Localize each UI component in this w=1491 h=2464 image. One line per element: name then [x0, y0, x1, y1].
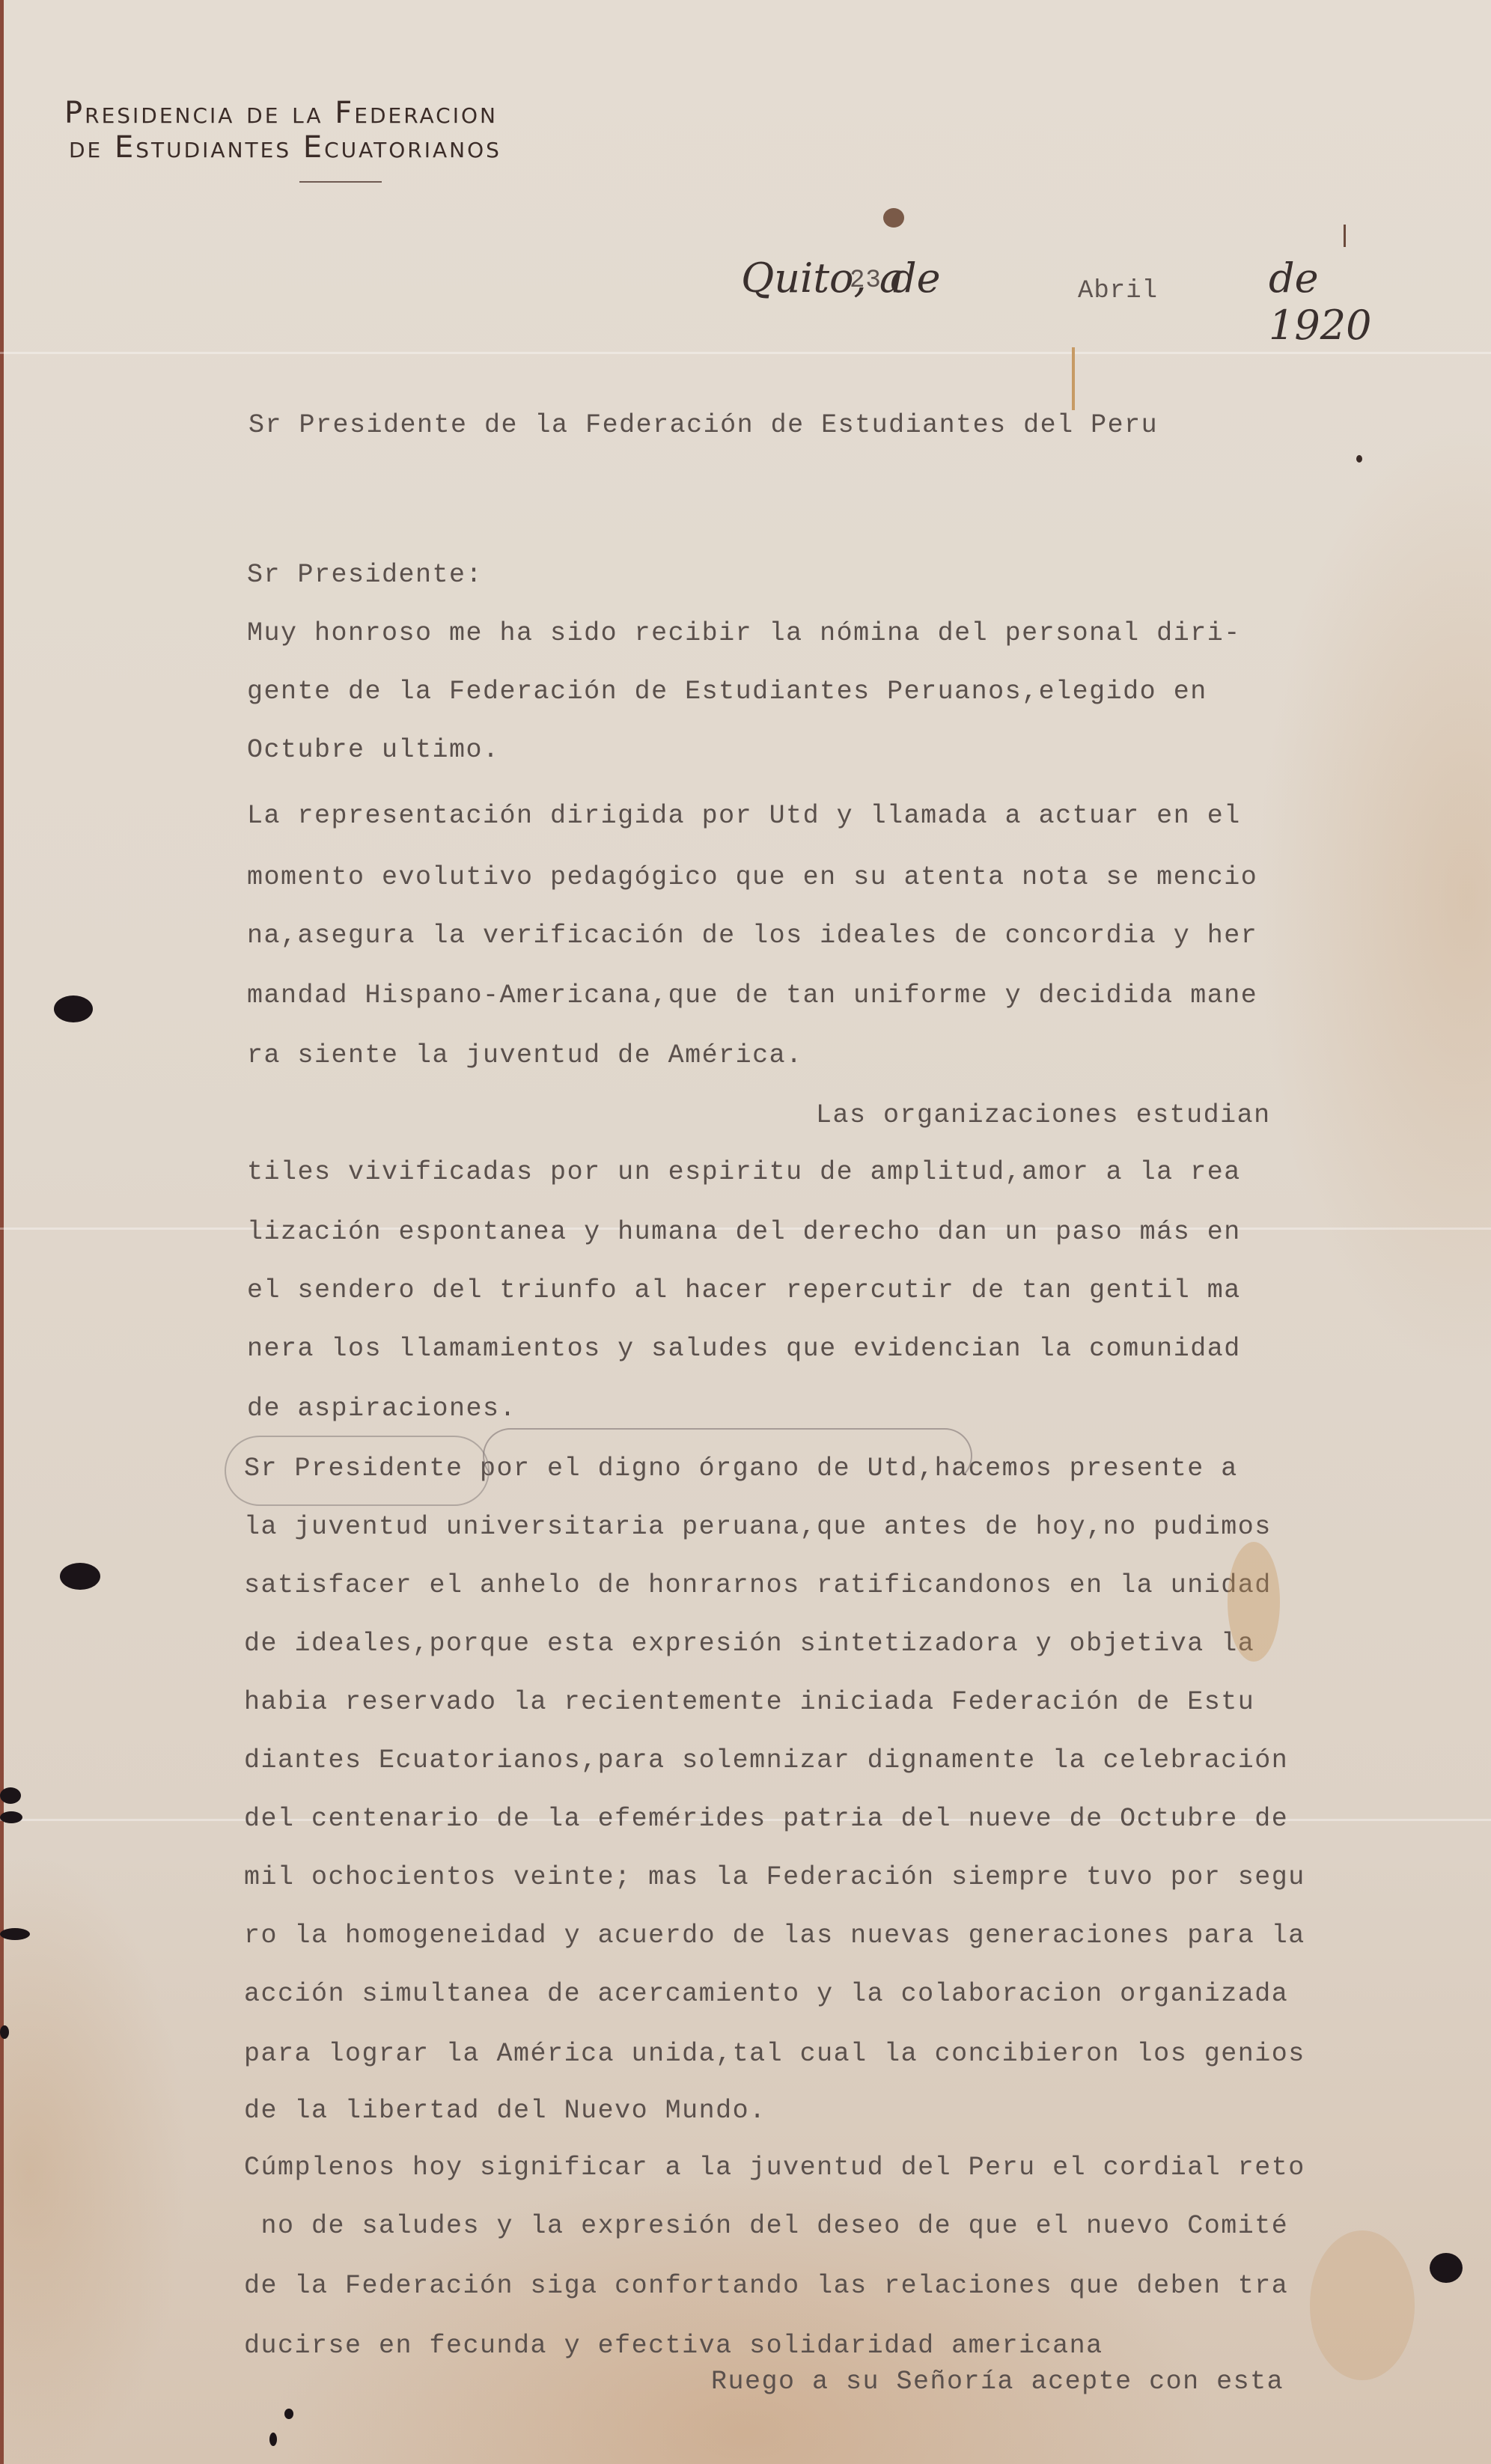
- body-line: momento evolutivo pedagógico que en su a…: [247, 862, 1257, 892]
- body-line: ro la homogeneidad y acuerdo de las nuev…: [244, 1921, 1305, 1951]
- body-line: nera los llamamientos y saludes que evid…: [247, 1334, 1241, 1364]
- dateline: Quito, a 23 de Abril de 1920: [741, 254, 1415, 314]
- body-line: gente de la Federación de Estudiantes Pe…: [247, 677, 1207, 707]
- body-line: del centenario de la efemérides patria d…: [244, 1804, 1288, 1834]
- body-line: Octubre ultimo.: [247, 735, 500, 765]
- addressee: Sr Presidente de la Federación de Estudi…: [248, 410, 1158, 440]
- edge-damage: [0, 1787, 21, 1804]
- body-line: lización espontanea y humana del derecho…: [247, 1217, 1241, 1247]
- edge-damage: [284, 2409, 293, 2419]
- edge-damage: [0, 1811, 22, 1823]
- body-line: diantes Ecuatorianos,para solemnizar dig…: [244, 1745, 1288, 1775]
- body-line: mil ochocientos veinte; mas la Federació…: [244, 1862, 1305, 1892]
- body-line: na,asegura la verificación de los ideale…: [247, 921, 1257, 951]
- body-line: ra siente la juventud de América.: [247, 1040, 803, 1070]
- body-line: de aspiraciones.: [247, 1394, 516, 1424]
- foxing-stain: [1228, 1542, 1280, 1662]
- punch-hole: [60, 1563, 100, 1590]
- body-line: de ideales,porque esta expresión sinteti…: [244, 1629, 1254, 1659]
- dateline-day: 23: [850, 266, 882, 295]
- salutation: Sr Presidente:: [247, 560, 483, 590]
- pencil-annotation: [483, 1428, 972, 1483]
- body-line: tiles vivificadas por un espiritu de amp…: [247, 1157, 1241, 1187]
- body-line: satisfacer el anhelo de honrarnos ratifi…: [244, 1570, 1272, 1600]
- edge-damage: [1430, 2253, 1463, 2283]
- edge-damage: [0, 2025, 9, 2039]
- foxing-stain: [1310, 2230, 1415, 2380]
- dateline-year: de 1920: [1269, 254, 1415, 349]
- ink-dot: [1356, 455, 1362, 463]
- body-line: de la libertad del Nuevo Mundo.: [244, 2096, 766, 2126]
- dateline-month: Abril: [1078, 277, 1158, 305]
- edge-damage: [0, 1928, 30, 1940]
- letter-page: Presidencia de la Federacion de Estudian…: [0, 0, 1491, 2464]
- rust-mark: [1072, 347, 1075, 410]
- letterhead: Presidencia de la Federacion de Estudian…: [64, 96, 633, 165]
- body-line: de la Federación siga confortando las re…: [244, 2271, 1288, 2301]
- body-line: acción simultanea de acercamiento y la c…: [244, 1979, 1288, 2009]
- letterhead-line-1: Presidencia de la Federacion: [64, 96, 633, 130]
- fold-line: [0, 352, 1491, 354]
- dateline-de: de: [891, 254, 941, 302]
- edge-damage: [269, 2433, 277, 2446]
- letterhead-line-2: de Estudiantes Ecuatorianos: [64, 130, 633, 165]
- body-line: ducirse en fecunda y efectiva solidarida…: [244, 2331, 1103, 2361]
- body-line: no de saludes y la expresión del deseo d…: [244, 2211, 1288, 2241]
- body-line: Las organizaciones estudian: [816, 1100, 1271, 1130]
- letterhead-rule: [299, 181, 382, 183]
- body-line: Cúmplenos hoy significar a la juventud d…: [244, 2153, 1305, 2183]
- body-line: La representación dirigida por Utd y lla…: [247, 801, 1241, 831]
- pencil-annotation: [225, 1436, 490, 1506]
- body-line: para lograr la América unida,tal cual la…: [244, 2039, 1305, 2069]
- body-line: Ruego a su Señoría acepte con esta: [711, 2367, 1284, 2397]
- body-line: Muy honroso me ha sido recibir la nómina…: [247, 618, 1241, 648]
- ink-mark: [1344, 225, 1346, 247]
- ink-stain: [883, 208, 904, 228]
- body-line: habia reservado la recientemente iniciad…: [244, 1687, 1254, 1717]
- punch-hole: [54, 995, 93, 1022]
- body-line: mandad Hispano-Americana,que de tan unif…: [247, 981, 1257, 1010]
- page-edge: [0, 0, 4, 2464]
- body-line: el sendero del triunfo al hacer repercut…: [247, 1275, 1241, 1305]
- body-line: la juventud universitaria peruana,que an…: [244, 1512, 1272, 1542]
